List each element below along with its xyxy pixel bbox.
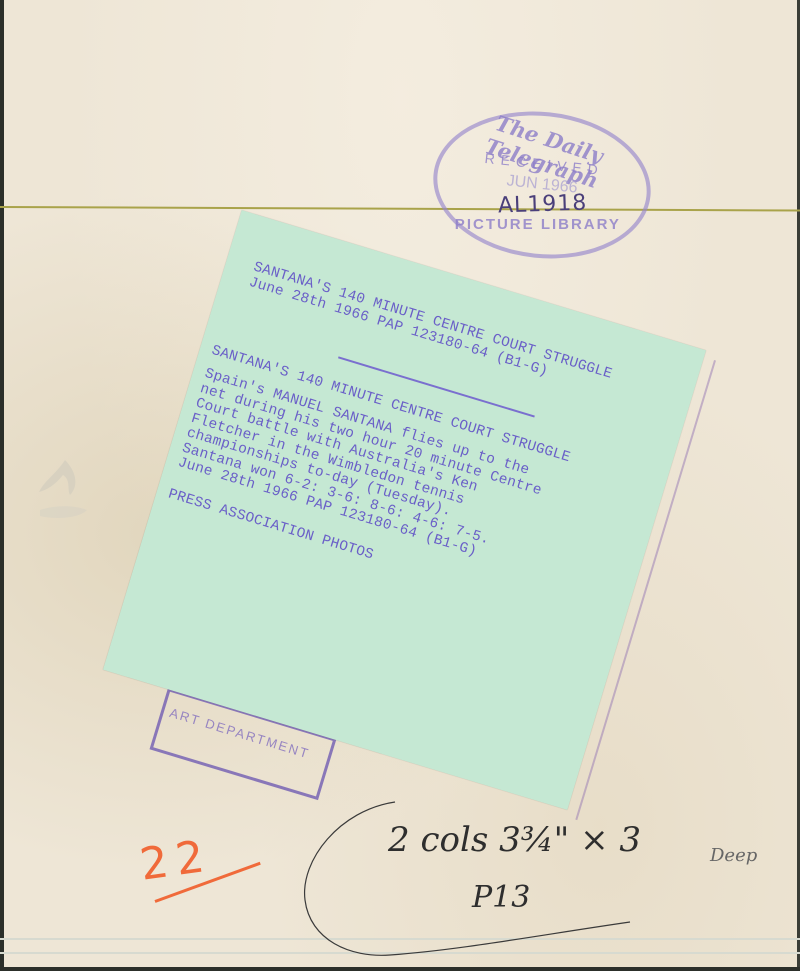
scan-edge-bottom	[0, 967, 800, 971]
caption-header-line1: SANTANA'S 140 MINUTE CENTRE COURT STRUGG…	[251, 259, 614, 382]
stamp-library: PICTURE LIBRARY	[433, 216, 643, 233]
caption-header-line2: June 28th 1966 PAP 123180-64 (B1-G)	[247, 274, 550, 379]
daily-telegraph-received-stamp: The Daily Telegraph RECEIVED JUN 1966 PI…	[426, 101, 658, 269]
handwritten-dimensions: 2 cols 3¾" × 3	[388, 820, 641, 860]
scan-edge-left	[0, 0, 4, 971]
mount-fold-line	[0, 206, 800, 211]
handwritten-depth-note: Deep	[710, 845, 757, 866]
photo-back: The Daily Telegraph RECEIVED JUN 1966 PI…	[0, 0, 800, 971]
ink-stain-icon	[25, 450, 95, 530]
handwritten-page: P13	[472, 880, 530, 915]
handwritten-reference: AL1918	[498, 190, 588, 218]
